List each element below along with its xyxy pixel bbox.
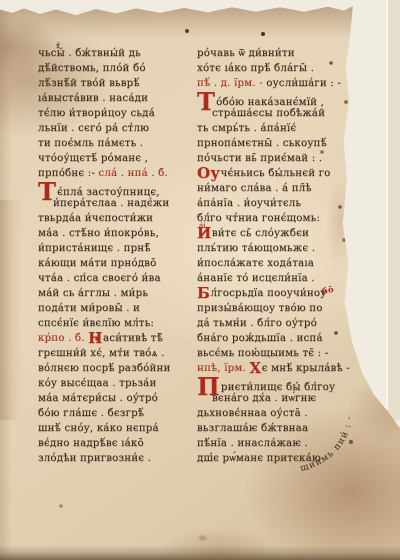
svg-text:щиимь пни́ : -: щиимь пни́ : -	[299, 415, 355, 474]
manuscript-page: х̄чьсы́ . бж́твны́й дьдѣ́йствомь, пло́й …	[0, 0, 400, 560]
ink-specks	[0, 0, 2, 2]
backdrop-right-strip	[386, 0, 400, 420]
faint-folio-mark	[197, 534, 208, 542]
margin-arc-annotation: щиимь пни́ : -	[0, 0, 400, 560]
manuscript-photo: х̄чьсы́ . бж́твны́й дьдѣ́йствомь, пло́й …	[0, 0, 400, 560]
margin-arc-text: щиимь пни́ : -	[299, 415, 355, 474]
